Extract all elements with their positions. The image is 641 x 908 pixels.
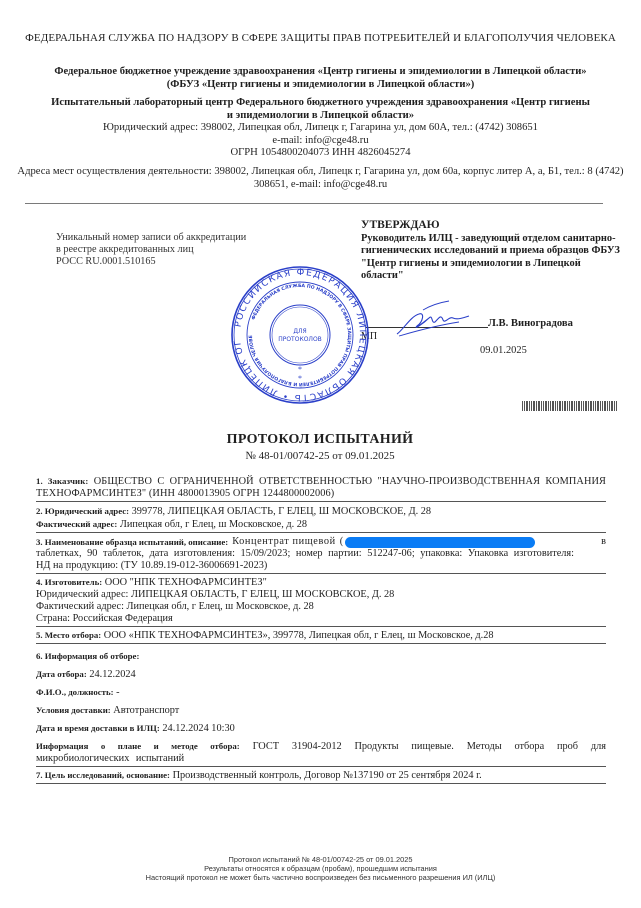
customer-label: 1. Заказчик:	[36, 476, 88, 486]
sampling-place-value: ООО «НПК ТЕХНОФАРМСИНТЕЗ», 399778, Липец…	[104, 630, 494, 641]
lab-name: Испытательный лабораторный центр Федерал…	[10, 97, 631, 122]
barcode-icon	[522, 401, 617, 411]
svg-text:ПРОТОКОЛОВ: ПРОТОКОЛОВ	[278, 336, 322, 343]
protocol-title: ПРОТОКОЛ ИСПЫТАНИЙ	[180, 432, 460, 448]
manufacturer-legal-address: Юридический адрес: ЛИПЕЦКАЯ ОБЛАСТЬ, Г Е…	[36, 589, 606, 601]
section-sampling-info: 6. Информация об отборе: Дата отбора: 24…	[36, 644, 606, 767]
sampling-info-label: 6. Информация об отборе:	[36, 651, 139, 661]
sample-nd: НД на продукцию: (ТУ 10.89.19-012-360066…	[36, 560, 606, 572]
protocol-number: № 48-01/00742-25 от 09.01.2025	[180, 450, 460, 462]
accreditation-line1: Уникальный номер записи об аккредитации	[56, 232, 296, 244]
approval-block: УТВЕРЖДАЮ Руководитель ИЛЦ - заведующий …	[361, 219, 621, 283]
svg-text:ДЛЯ: ДЛЯ	[293, 328, 306, 335]
section-sample: 3. Наименование образца испытаний, описа…	[36, 533, 606, 574]
delivery-datetime-label: Дата и время доставки в ИЛЦ:	[36, 723, 160, 733]
actual-address-value: Липецкая обл, г Елец, ш Московское, д. 2…	[120, 519, 307, 530]
section-customer: 1. Заказчик: ОБЩЕСТВО С ОГРАНИЧЕННОЙ ОТВ…	[36, 474, 606, 502]
customer-value: ОБЩЕСТВО С ОГРАНИЧЕННОЙ ОТВЕТСТВЕННОСТЬЮ…	[36, 476, 606, 499]
legal-address: Юридический адрес: 398002, Липецкая обл,…	[10, 122, 631, 135]
accreditation-line2: в реестре аккредитованных лиц	[56, 244, 296, 256]
institution-name: Федеральное бюджетное учреждение здравоо…	[10, 65, 631, 78]
header-divider	[25, 203, 603, 204]
svg-text:*: *	[298, 365, 302, 374]
sample-value-after: в	[601, 536, 606, 548]
delivery-datetime-value: 24.12.2024 10:30	[162, 723, 234, 734]
section-legal-address: 2. Юридический адрес: 399778, ЛИПЕЦКАЯ О…	[36, 502, 606, 533]
purpose-value: Производственный контроль, Договор №1371…	[173, 770, 482, 781]
footer-results-note: Результаты относятся к образцам (пробам)…	[80, 864, 561, 873]
legal-address-label: 2. Юридический адрес:	[36, 506, 129, 516]
page-footer: Протокол испытаний № 48-01/00742-25 от 0…	[80, 855, 561, 882]
sample-details: таблетках, 90 таблеток, дата изготовлени…	[36, 548, 606, 560]
sampling-method-label: Информация о плане и методе отбора:	[36, 741, 240, 751]
approval-position: Руководитель ИЛЦ - заведующий отделом са…	[361, 233, 621, 283]
activity-address: Адреса мест осуществления деятельности: …	[10, 165, 631, 191]
sample-label: 3. Наименование образца испытаний, описа…	[36, 536, 228, 548]
official-stamp-icon: РОССИЙСКАЯ ФЕДЕРАЦИЯ ЛИПЕЦКАЯ ОБЛАСТЬ • …	[229, 265, 371, 405]
sample-value-start: Концентрат пищевой	[232, 536, 336, 548]
accreditation-block: Уникальный номер записи об аккредитации …	[56, 232, 296, 267]
manufacturer-value: ООО "НПК ТЕХНОФАРМСИНТЕЗ"	[105, 577, 267, 588]
section-purpose: 7. Цель исследований, основание: Произво…	[36, 767, 606, 784]
svg-text:*: *	[298, 374, 302, 383]
lab-email: e-mail: info@cge48.ru	[10, 135, 631, 148]
approval-title: УТВЕРЖДАЮ	[361, 219, 621, 232]
protocol-sections: 1. Заказчик: ОБЩЕСТВО С ОГРАНИЧЕННОЙ ОТВ…	[36, 474, 606, 784]
redacted-region	[345, 537, 535, 548]
person-value: -	[116, 687, 119, 698]
section-sampling-place: 5. Место отбора: ООО «НПК ТЕХНОФАРМСИНТЕ…	[36, 627, 606, 644]
footer-protocol-ref: Протокол испытаний № 48-01/00742-25 от 0…	[80, 855, 561, 864]
approval-date: 09.01.2025	[480, 345, 527, 356]
institution-short-name: (ФБУЗ «Центр гигиены и эпидемиологии в Л…	[10, 78, 631, 91]
delivery-conditions-value: Автотранспорт	[113, 705, 179, 716]
purpose-label: 7. Цель исследований, основание:	[36, 770, 170, 780]
ogrn-inn: ОГРН 1054800204073 ИНН 4826045274	[10, 147, 631, 160]
legal-address-value: 399778, ЛИПЕЦКАЯ ОБЛАСТЬ, Г ЕЛЕЦ, Ш МОСК…	[132, 506, 431, 517]
signer-name: Л.В. Виноградова	[488, 318, 573, 329]
manufacturer-actual-address: Фактический адрес: Липецкая обл, г Елец,…	[36, 601, 606, 613]
sampling-date-value: 24.12.2024	[89, 669, 135, 680]
sampling-place-label: 5. Место отбора:	[36, 630, 101, 640]
section-manufacturer: 4. Изготовитель: ООО "НПК ТЕХНОФАРМСИНТЕ…	[36, 574, 606, 627]
signature-icon	[393, 300, 473, 340]
agency-header: ФЕДЕРАЛЬНАЯ СЛУЖБА ПО НАДЗОРУ В СФЕРЕ ЗА…	[20, 32, 621, 45]
institution-header: Федеральное бюджетное учреждение здравоо…	[10, 65, 631, 91]
sampling-date-label: Дата отбора:	[36, 669, 87, 679]
lab-header: Испытательный лабораторный центр Федерал…	[10, 97, 631, 160]
manufacturer-country: Страна: Российская Федерация	[36, 613, 606, 625]
person-label: Ф.И.О., должность:	[36, 687, 114, 697]
manufacturer-label: 4. Изготовитель:	[36, 577, 102, 587]
actual-address-label: Фактический адрес:	[36, 519, 117, 529]
footer-reproduction-note: Настоящий протокол не может быть частичн…	[80, 873, 561, 882]
delivery-conditions-label: Условия доставки:	[36, 705, 111, 715]
